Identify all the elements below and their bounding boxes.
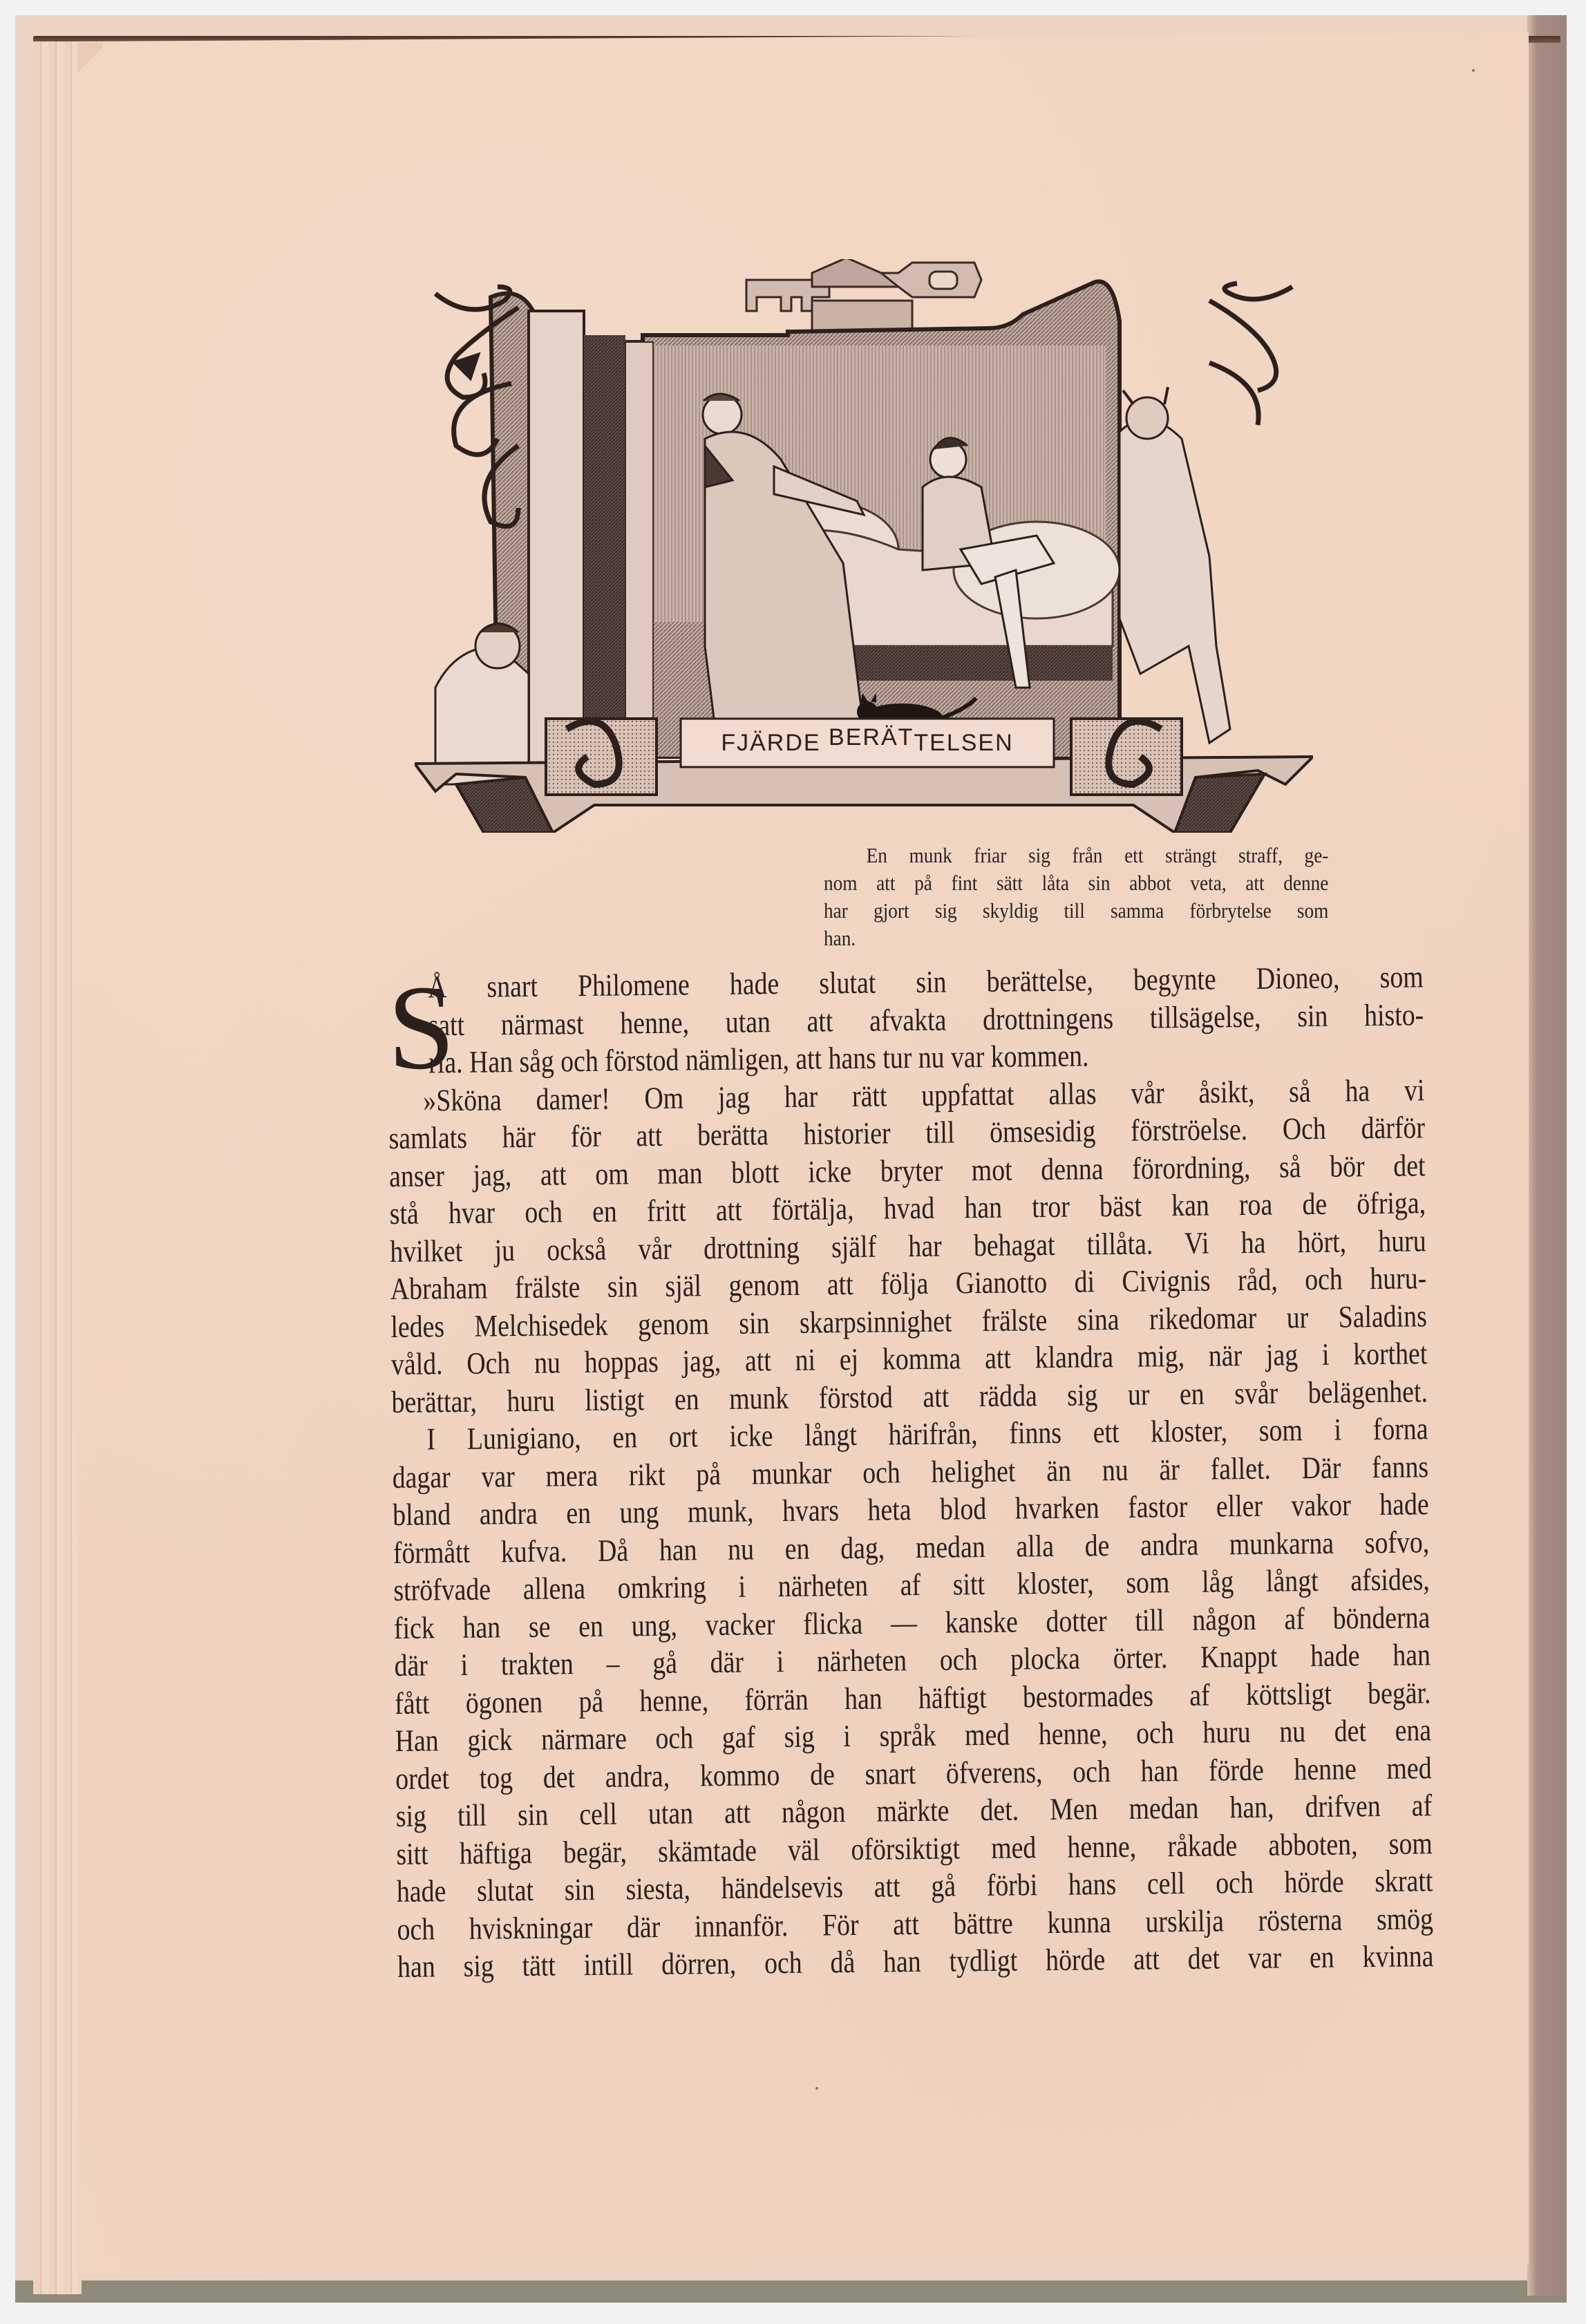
caption-line: han. — [824, 925, 1328, 952]
right-satyr — [1120, 387, 1230, 743]
scanner-bed-edge — [15, 2280, 1567, 2303]
chapter-summary-caption: En munk friar sig från ett strängt straf… — [824, 842, 1328, 952]
book-gutter-shadow — [1527, 15, 1567, 2296]
key-ornament — [746, 259, 981, 332]
page-stack-edges — [33, 41, 82, 2294]
paper-speck — [1472, 69, 1475, 72]
dog-ear-corner — [77, 43, 102, 77]
paper-speck — [815, 2087, 818, 2090]
caption-line: En munk friar sig från ett strängt straf… — [824, 842, 1328, 869]
chapter-title: FJÄRDE BERÄTTELSEN — [684, 719, 1050, 767]
caption-line: har gjort sig skyldig till samma förbryt… — [824, 897, 1328, 925]
right-scroll-ornament — [1209, 283, 1292, 425]
chapter-title-word2b: TELSEN — [914, 730, 1013, 757]
caption-line: nom att på fint sätt låta sin abbot veta… — [824, 869, 1328, 897]
body-text: S Å snart Philomene hade slutat sin berä… — [387, 958, 1434, 1985]
chapter-title-word2a: BERÄT — [829, 724, 914, 751]
chapter-title-word1: FJÄRDE — [721, 730, 820, 757]
left-satyr — [435, 624, 529, 785]
